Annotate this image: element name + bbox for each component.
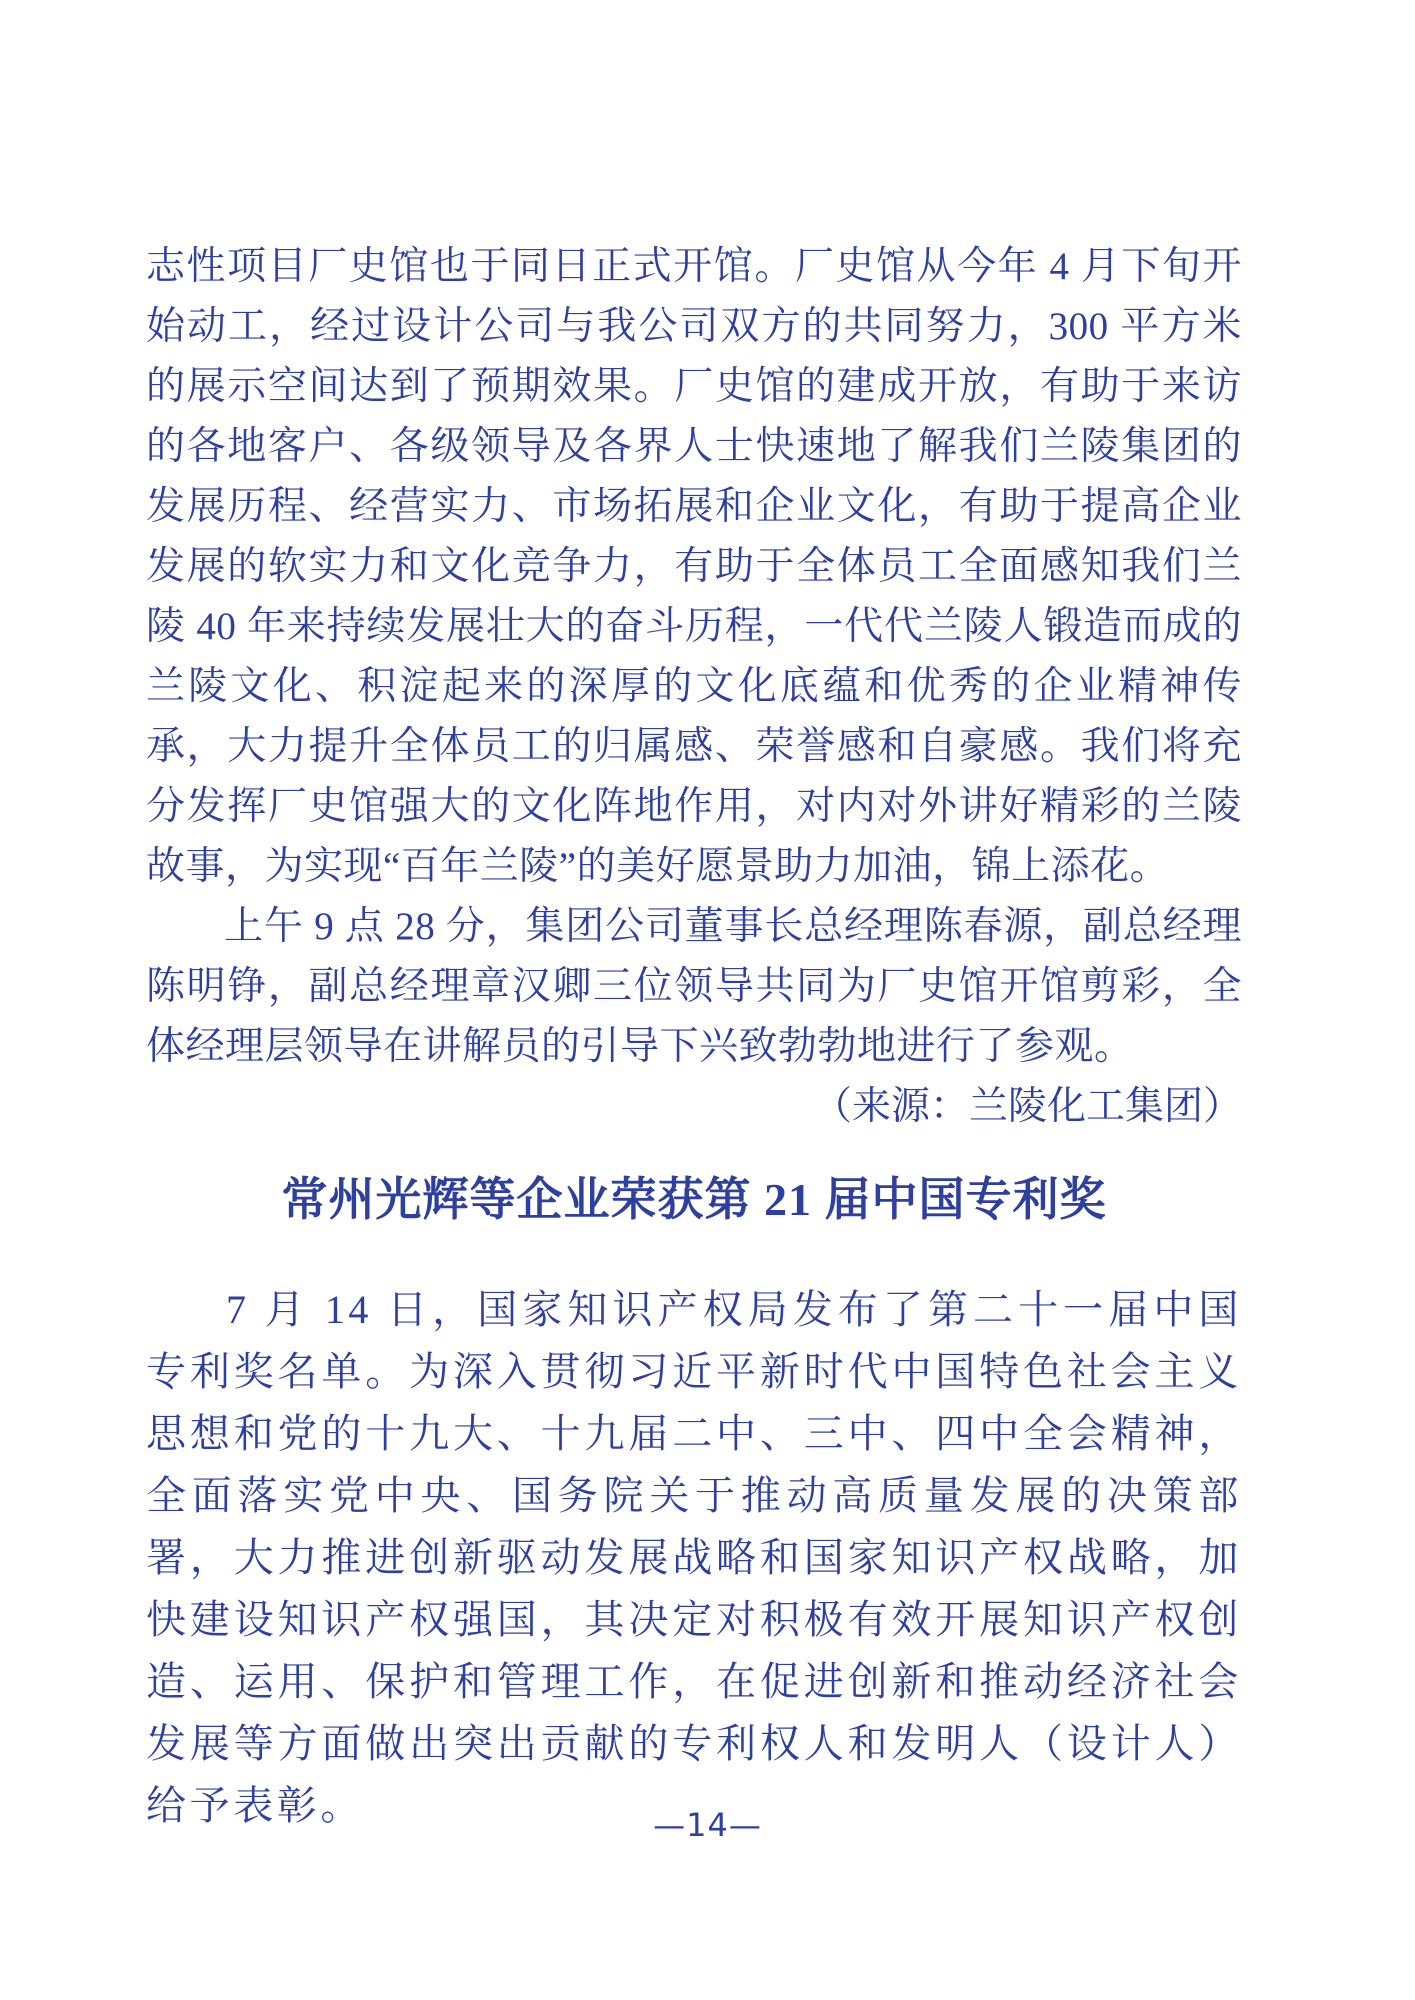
article-factory-museum: 志性项目厂史馆也于同日正式开馆。厂史馆从今年 4 月下旬开始动工，经过设计公司与… bbox=[146, 237, 1242, 1137]
document-page: 志性项目厂史馆也于同日正式开馆。厂史馆从今年 4 月下旬开始动工，经过设计公司与… bbox=[0, 0, 1415, 2000]
article2-paragraph: 7 月 14 日，国家知识产权局发布了第二十一届中国专利奖名单。为深入贯彻习近平… bbox=[146, 1279, 1242, 1837]
article2-title: 常州光辉等企业荣获第 21 届中国专利奖 bbox=[146, 1163, 1242, 1237]
page-content: 志性项目厂史馆也于同日正式开馆。厂史馆从今年 4 月下旬开始动工，经过设计公司与… bbox=[146, 237, 1242, 1837]
page-number: —14— bbox=[653, 1806, 762, 1844]
source-attribution: （来源：兰陵化工集团） bbox=[146, 1077, 1242, 1137]
article-patent-award: 常州光辉等企业荣获第 21 届中国专利奖 7 月 14 日，国家知识产权局发布了… bbox=[146, 1163, 1242, 1837]
page-footer: —14— bbox=[0, 1806, 1415, 1844]
article1-paragraph-continuation: 志性项目厂史馆也于同日正式开馆。厂史馆从今年 4 月下旬开始动工，经过设计公司与… bbox=[146, 237, 1242, 897]
article1-paragraph-ribbon-cutting: 上午 9 点 28 分，集团公司董事长总经理陈春源，副总经理陈明铮，副总经理章汉… bbox=[146, 897, 1242, 1077]
